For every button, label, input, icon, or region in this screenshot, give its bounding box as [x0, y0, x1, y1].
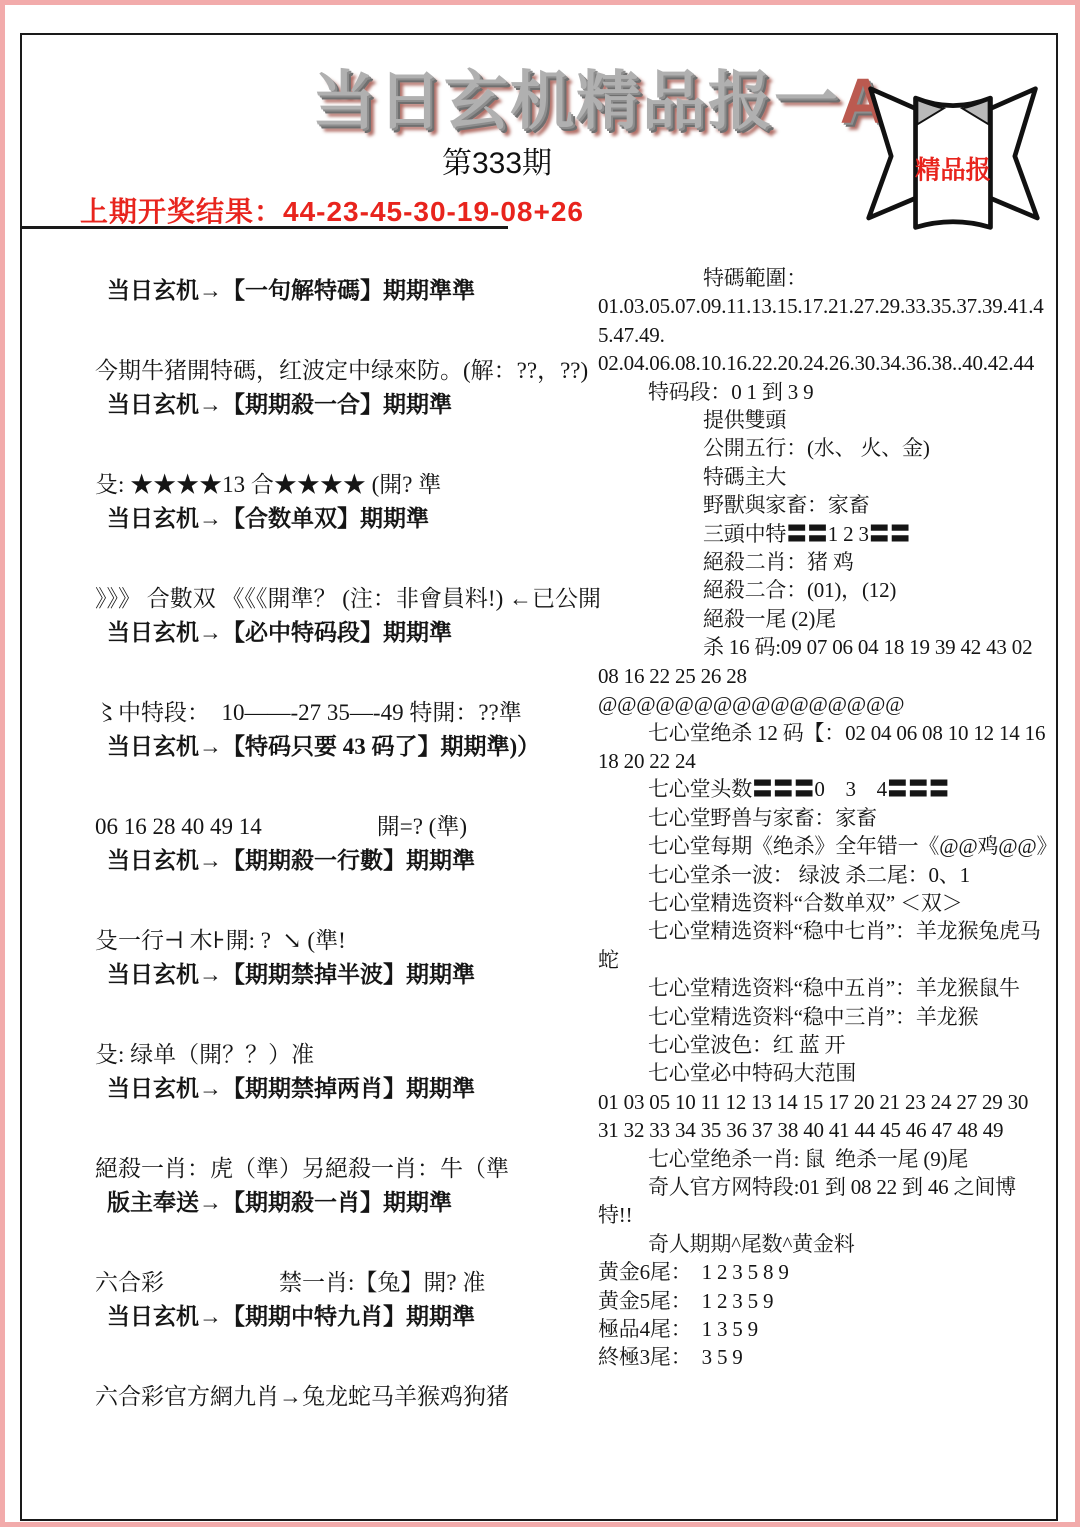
issue-number: 第333期 — [37, 138, 957, 182]
left-section: 殳: ★★★★13 合★★★★ (開? 準当日玄机→【合数单双】期期準 — [95, 468, 610, 536]
tip-line — [95, 240, 610, 274]
ribbon-right-wing — [989, 89, 1038, 218]
right-line: 七心堂头数〓〓〓0 3 4〓〓〓 — [598, 775, 1060, 803]
left-section: 殳一行⊣ 木⊦開: ? ↘ (準!当日玄机→【期期禁掉半波】期期準 — [95, 924, 610, 992]
left-column: 当日玄机→【一句解特碼】期期準準今期牛猪開特碼，红波定中绿來防。(解：??，??… — [95, 240, 610, 1494]
header-line: 当日玄机→【特码只要 43 码了】期期準)） — [95, 730, 610, 764]
right-line: 七心堂杀一波： 绿波 杀二尾：0、1 — [598, 861, 1060, 889]
tip-line: 殳: ★★★★13 合★★★★ (開? 準 — [95, 468, 610, 502]
divider-line — [20, 226, 508, 229]
right-line: 特碼主大 — [598, 463, 1060, 491]
tip-line: 六合彩官方網九肖→兔龙蛇马羊猴鸡狗猪 — [95, 1380, 610, 1414]
header-line: 版主奉送→【期期殺一肖】期期準 — [95, 1186, 610, 1220]
right-line: 絕殺一尾 (2)尾 — [598, 605, 1060, 633]
header-line: 当日玄机→【一句解特碼】期期準準 — [95, 274, 610, 308]
header-line: 当日玄机→【期期殺一合】期期準 — [95, 388, 610, 422]
right-line: 特码段：0 1 到 3 9 — [598, 378, 1060, 406]
right-line: 三頭中特〓〓1 2 3〓〓 — [598, 520, 1060, 548]
right-line: 七心堂每期《绝杀》全年错一《@@鸡@@》 — [598, 832, 1060, 860]
tip-line: 殳一行⊣ 木⊦開: ? ↘ (準! — [95, 924, 610, 958]
right-line: 公開五行：(水、 火、金) — [598, 434, 1060, 462]
right-line: 七心堂精选资料“合数单双” ＜双＞ — [598, 889, 1060, 917]
masthead-title-text: 当日玄机精品报一 — [312, 65, 840, 137]
tip-line: 今期牛猪開特碼，红波定中绿來防。(解：??，??) — [95, 354, 610, 388]
header-line: 当日玄机→【期期禁掉两肖】期期準 — [95, 1072, 610, 1106]
left-section: 当日玄机→【一句解特碼】期期準準 — [95, 240, 610, 308]
tip-line: 六合彩 禁一肖:【兔】開? 准 — [95, 1266, 610, 1300]
ribbon-left-wing — [869, 89, 918, 218]
right-line: 01 03 05 10 11 12 13 14 15 17 20 21 23 2… — [598, 1088, 1060, 1116]
left-section: 〻中特段： 10——-27 35—-49 特開：??準当日玄机→【特码只要 43… — [95, 696, 610, 764]
right-line: 野獸與家畜：家畜 — [598, 491, 1060, 519]
right-line: 01.03.05.07.09.11.13.15.17.21.27.29.33.3… — [598, 292, 1060, 320]
right-line: 31 32 33 34 35 36 37 38 40 41 44 45 46 4… — [598, 1116, 1060, 1144]
right-line: 奇人期期^尾数^黄金料 — [598, 1230, 1060, 1258]
header-line: 当日玄机→【必中特码段】期期準 — [95, 616, 610, 650]
right-line: 終極3尾： 3 5 9 — [598, 1343, 1060, 1371]
ribbon-icon: 精品报 — [856, 70, 1050, 248]
tip-line: 〻中特段： 10——-27 35—-49 特開：??準 — [95, 696, 610, 730]
header-line: 当日玄机→【期期殺一行數】期期準 — [95, 844, 610, 878]
right-line: 特!! — [598, 1201, 1060, 1229]
right-line: 七心堂野兽与家畜：家畜 — [598, 804, 1060, 832]
right-line: 奇人官方网特段:01 到 08 22 到 46 之间博 — [598, 1173, 1060, 1201]
right-line: 08 16 22 25 26 28 — [598, 662, 1060, 690]
right-line: 黄金6尾： 1 2 3 5 8 9 — [598, 1258, 1060, 1286]
right-line: 黄金5尾： 1 2 3 5 9 — [598, 1287, 1060, 1315]
header-line — [95, 1414, 610, 1448]
header-line: 当日玄机→【期期禁掉半波】期期準 — [95, 958, 610, 992]
ribbon-label: 精品报 — [915, 156, 991, 185]
right-line: 七心堂精选资料“稳中三肖”：羊龙猴 — [598, 1003, 1060, 1031]
left-section: 絕殺一肖：虎（準）另絕殺一肖：牛（準版主奉送→【期期殺一肖】期期準 — [95, 1152, 610, 1220]
right-line: 七心堂精选资料“稳中七肖”：羊龙猴兔虎马 — [598, 917, 1060, 945]
right-line: 5.47.49. — [598, 321, 1060, 349]
right-line: @@@@@@@@@@@@@@@@ — [598, 690, 1060, 718]
left-section: 六合彩 禁一肖:【兔】開? 准当日玄机→【期期中特九肖】期期準 — [95, 1266, 610, 1334]
right-line: 02.04.06.08.10.16.22.20.24.26.30.34.36.3… — [598, 349, 1060, 377]
header-line: 当日玄机→【合数单双】期期準 — [95, 502, 610, 536]
left-section: 殳: 绿单（開？？）准当日玄机→【期期禁掉两肖】期期準 — [95, 1038, 610, 1106]
tip-line: 絕殺一肖：虎（準）另絕殺一肖：牛（準 — [95, 1152, 610, 1186]
right-line: 七心堂波色：红 蓝 开 — [598, 1031, 1060, 1059]
last-draw-result: 上期开奖结果：44-23-45-30-19-08+26 — [80, 190, 584, 230]
right-line: 蛇 — [598, 946, 1060, 974]
right-line: 絕殺二合：(01)，(12) — [598, 576, 1060, 604]
right-line: 提供雙頭 — [598, 406, 1060, 434]
left-section: 》》》 合數双 《《《開準？ (注：非會員料!) ←已公開当日玄机→【必中特码段… — [95, 582, 610, 650]
left-section: 06 16 28 40 49 14 開=? (準)当日玄机→【期期殺一行數】期期… — [95, 810, 610, 878]
right-column: 特碼範圍：01.03.05.07.09.11.13.15.17.21.27.29… — [598, 264, 1060, 1372]
tip-line: 殳: 绿单（開？？）准 — [95, 1038, 610, 1072]
right-line: 七心堂绝杀一肖: 鼠 绝杀一尾 (9)尾 — [598, 1145, 1060, 1173]
right-line: 絕殺二肖：猪 鸡 — [598, 548, 1060, 576]
right-line: 杀 16 码:09 07 06 04 18 19 39 42 43 02 — [598, 633, 1060, 661]
right-line: 七心堂必中特码大范围 — [598, 1059, 1060, 1087]
right-line: 七心堂绝杀 12 码【：02 04 06 08 10 12 14 16 — [598, 719, 1060, 747]
tip-line: 06 16 28 40 49 14 開=? (準) — [95, 810, 610, 844]
right-line: 極品4尾： 1 3 5 9 — [598, 1315, 1060, 1343]
right-line: 七心堂精选资料“稳中五肖”：羊龙猴鼠牛 — [598, 974, 1060, 1002]
right-line: 18 20 22 24 — [598, 747, 1060, 775]
tip-line: 》》》 合數双 《《《開準？ (注：非會員料!) ←已公開 — [95, 582, 610, 616]
header-line: 当日玄机→【期期中特九肖】期期準 — [95, 1300, 610, 1334]
left-section: 六合彩官方網九肖→兔龙蛇马羊猴鸡狗猪 — [95, 1380, 610, 1448]
left-section: 今期牛猪開特碼，红波定中绿來防。(解：??，??)当日玄机→【期期殺一合】期期準 — [95, 354, 610, 422]
right-line: 特碼範圍： — [598, 264, 1060, 292]
